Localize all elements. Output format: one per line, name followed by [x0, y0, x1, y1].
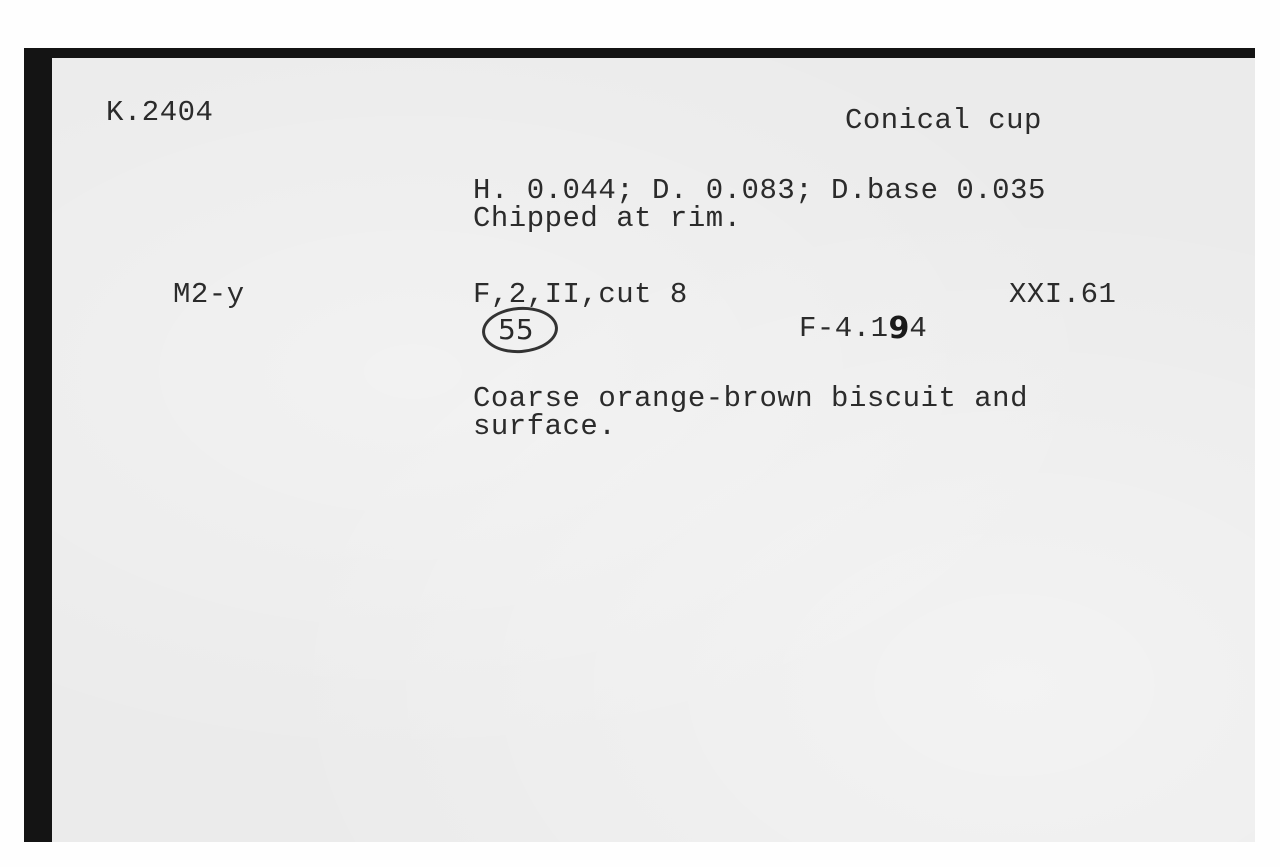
catalog-card: K.2404 Conical cup H. 0.044; D. 0.083; D… [24, 48, 1255, 842]
field-number-suffix: 4 [909, 312, 927, 345]
grid-reference: M2-y [173, 280, 245, 310]
date-code: XXI.61 [1009, 280, 1116, 310]
condition: Chipped at rim. [473, 204, 742, 234]
object-type: Conical cup [845, 106, 1042, 136]
description-line-2: surface. [473, 412, 616, 442]
context-number: 55 [498, 315, 534, 345]
field-number-prefix: F-4.1 [799, 312, 889, 345]
field-number-overwritten-digit: 9 [889, 311, 910, 346]
accession-number: K.2404 [106, 98, 213, 128]
field-number: F-4.194 [799, 312, 927, 344]
findspot: F,2,II,cut 8 [473, 280, 688, 310]
